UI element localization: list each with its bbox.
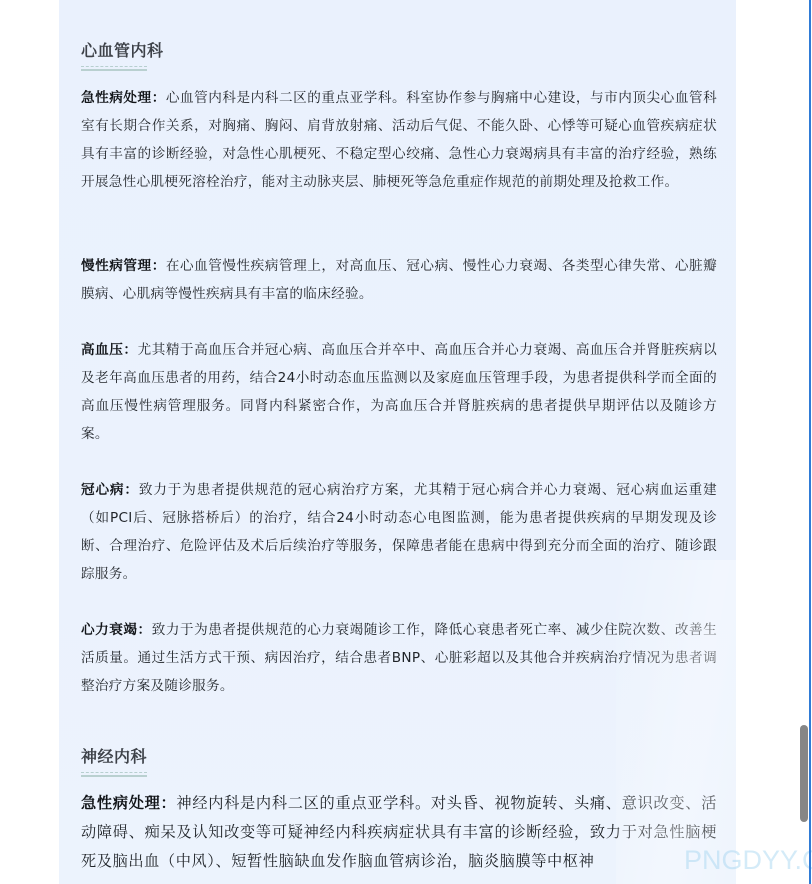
paragraph-neuro-acute-care: 急性病处理：神经内科是内科二区的重点亚学科。对头昏、视物旋转、头痛、意识改变、活… — [81, 789, 717, 876]
paragraph-label: 急性病处理： — [81, 794, 176, 812]
paragraph-text: 心血管内科是内科二区的重点亚学科。科室协作参与胸痛中心建设，与市内顶尖心血管科室… — [81, 90, 717, 190]
underline-solid — [81, 69, 147, 71]
paragraph-text: 在心血管慢性疾病管理上，对高血压、冠心病、慢性心力衰竭、各类型心律失常、心脏瓣膜… — [81, 258, 717, 302]
section-title-underline — [81, 772, 147, 776]
paragraph-label: 急性病处理： — [81, 90, 166, 106]
section-title-neurology: 神经内科 — [81, 746, 147, 768]
paragraph-label: 心力衰竭： — [81, 622, 152, 638]
paragraph-label: 冠心病： — [81, 482, 139, 498]
paragraph-hypertension: 高血压：尤其精于高血压合并冠心病、高血压合并卒中、高血压合并心力衰竭、高血压合并… — [81, 336, 717, 448]
underline-solid — [81, 775, 147, 777]
scrollbar-thumb[interactable] — [800, 725, 808, 822]
page-viewport: 心血管内科 急性病处理：心血管内科是内科二区的重点亚学科。科室协作参与胸痛中心建… — [0, 0, 812, 884]
content-panel: 心血管内科 急性病处理：心血管内科是内科二区的重点亚学科。科室协作参与胸痛中心建… — [59, 0, 736, 884]
paragraph-text: 致力于为患者提供规范的冠心病治疗方案，尤其精于冠心病合并心力衰竭、冠心病血运重建… — [81, 482, 717, 582]
section-title-cardiology: 心血管内科 — [81, 40, 164, 62]
window-right-border — [809, 0, 811, 884]
paragraph-coronary-disease: 冠心病：致力于为患者提供规范的冠心病治疗方案，尤其精于冠心病合并心力衰竭、冠心病… — [81, 476, 717, 588]
paragraph-text: 尤其精于高血压合并冠心病、高血压合并卒中、高血压合并心力衰竭、高血压合并肾脏疾病… — [81, 342, 717, 442]
paragraph-text: 致力于为患者提供规范的心力衰竭随诊工作，降低心衰患者死亡率、减少住院次数、改善生… — [81, 622, 717, 694]
paragraph-text: 神经内科是内科二区的重点亚学科。对头昏、视物旋转、头痛、意识改变、活动障碍、痴呆… — [81, 794, 717, 870]
paragraph-label: 高血压： — [81, 342, 138, 358]
section-title-underline — [81, 66, 147, 70]
underline-dashed — [81, 66, 147, 67]
paragraph-chronic-care: 慢性病管理：在心血管慢性疾病管理上，对高血压、冠心病、慢性心力衰竭、各类型心律失… — [81, 252, 717, 308]
underline-dashed — [81, 772, 147, 773]
paragraph-heart-failure: 心力衰竭：致力于为患者提供规范的心力衰竭随诊工作，降低心衰患者死亡率、减少住院次… — [81, 616, 717, 700]
paragraph-acute-care: 急性病处理：心血管内科是内科二区的重点亚学科。科室协作参与胸痛中心建设，与市内顶… — [81, 84, 717, 196]
paragraph-label: 慢性病管理： — [81, 258, 166, 274]
